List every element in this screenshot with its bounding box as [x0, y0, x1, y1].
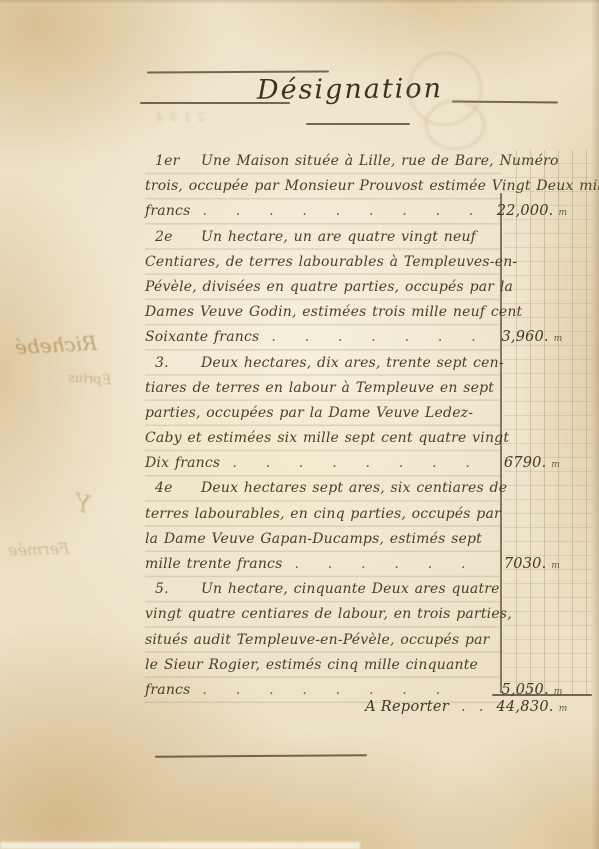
leader-dots: . . . . . . . .	[259, 325, 491, 350]
item-1-line: 1erUne Maison située à Lille, rue de Bar…	[145, 149, 573, 174]
bleedthrough-note: Éprius	[68, 371, 112, 389]
scanned-document-page: Désignation 1erUne Maison située à Lille…	[0, 0, 599, 849]
amount: 7030.m	[491, 552, 573, 579]
item-number: 5.	[155, 577, 201, 602]
ditto-mark: m	[559, 704, 568, 714]
rule-title-underline	[306, 123, 410, 125]
item-text: Soixante francs	[145, 325, 259, 350]
item-number: 3.	[155, 351, 201, 376]
item-3-line: 3.Deux hectares, dix ares, trente sept c…	[145, 351, 573, 376]
carry-forward-label: A Reporter	[365, 699, 449, 715]
item-text: parties, occupées par la Dame Veuve Lede…	[145, 405, 473, 421]
item-2-line: 2eUn hectare, un are quatre vingt neuf	[145, 225, 573, 250]
bleedthrough-scribble: 2154	[150, 110, 205, 124]
item-3-line: parties, occupées par la Dame Veuve Lede…	[145, 401, 573, 426]
ditto-mark: m	[559, 201, 568, 226]
items-block: 1erUne Maison située à Lille, rue de Bar…	[145, 149, 573, 703]
item-5-line: vingt quatre centiares de labour, en tro…	[145, 602, 573, 627]
amount-value: 3,960.	[501, 325, 548, 350]
ditto-mark: m	[551, 453, 560, 478]
leader-dots: . . . . . . . . .	[190, 199, 491, 224]
item-1-amount-row: francs. . . . . . . . .22,000.m	[145, 199, 573, 224]
item-5-line: situés audit Templeuve-en-Pévèle, occupé…	[145, 628, 573, 653]
item-2-line: Dames Veuve Godin, estimées trois mille …	[145, 300, 573, 325]
ditto-mark: m	[554, 327, 563, 352]
leader-dots: . . . . . . . .	[283, 552, 492, 577]
item-2-amount-row: Soixante francs. . . . . . . .3,960.m	[145, 325, 573, 350]
carry-forward-total: 44,830. m	[491, 699, 573, 715]
amount: 22,000.m	[491, 199, 573, 226]
bleedthrough-note: Fermée	[8, 539, 70, 560]
item-text: tiares de terres en labour à Templeuve e…	[145, 380, 494, 396]
item-text: Centiares, de terres labourables à Templ…	[145, 254, 517, 270]
leader-dots: . . . . . . . . .	[220, 451, 491, 476]
item-text: le Sieur Rogier, estimés cinq mille cinq…	[145, 657, 478, 673]
item-5-line: le Sieur Rogier, estimés cinq mille cinq…	[145, 653, 573, 678]
item-3-line: Caby et estimées six mille sept cent qua…	[145, 426, 573, 451]
amount-value: 6790.	[504, 451, 547, 476]
item-4-line: 4eDeux hectares sept ares, six centiares…	[145, 476, 573, 501]
page-title: Désignation	[140, 72, 560, 107]
scan-edge-right	[591, 0, 599, 849]
total-value: 44,830.	[496, 699, 553, 715]
amount-value: 22,000.	[497, 199, 554, 224]
carry-forward-row: A Reporter . . 44,830. m	[145, 699, 573, 715]
leader-dots: . .	[449, 699, 491, 715]
item-1-line: trois, occupée par Monsieur Prouvost est…	[145, 174, 573, 199]
item-2-line: Pévèle, divisées en quatre parties, occu…	[145, 275, 573, 300]
item-text: Deux hectares sept ares, six centiares d…	[201, 480, 507, 496]
item-text: trois, occupée par Monsieur Prouvost est…	[145, 178, 599, 194]
item-number: 4e	[155, 476, 201, 501]
rule-top	[147, 71, 329, 74]
item-5-line: 5.Un hectare, cinquante Deux ares quatre	[145, 577, 573, 602]
ditto-mark: m	[551, 554, 560, 579]
amount: 6790.m	[491, 451, 573, 478]
item-text: mille trente francs	[145, 552, 283, 577]
item-2-line: Centiares, de terres labourables à Templ…	[145, 250, 573, 275]
item-number: 2e	[155, 225, 201, 250]
item-3-amount-row: Dix francs. . . . . . . . .6790.m	[145, 451, 573, 476]
item-text: Dames Veuve Godin, estimées trois mille …	[145, 304, 522, 320]
item-text: Un hectare, un are quatre vingt neuf	[201, 229, 476, 245]
item-text: Pévèle, divisées en quatre parties, occu…	[145, 279, 513, 295]
item-text: Dix francs	[145, 451, 220, 476]
item-text: Caby et estimées six mille sept cent qua…	[145, 430, 509, 446]
item-4-line: terres labourables, en cinq parties, occ…	[145, 502, 573, 527]
bleedthrough-seal-ring	[425, 100, 485, 150]
item-text: vingt quatre centiares de labour, en tro…	[145, 606, 512, 622]
amount-value: 7030.	[504, 552, 547, 577]
scan-edge-top	[0, 0, 599, 4]
rule-bottom	[155, 754, 367, 757]
item-text: Une Maison située à Lille, rue de Bare, …	[201, 153, 559, 169]
item-text: francs	[145, 199, 190, 224]
item-text: terres labourables, en cinq parties, occ…	[145, 506, 501, 522]
item-4-amount-row: mille trente francs. . . . . . . .7030.m	[145, 552, 573, 577]
item-3-line: tiares de terres en labour à Templeuve e…	[145, 376, 573, 401]
item-number: 1er	[155, 149, 201, 174]
bleedthrough-note: Richebé	[14, 331, 97, 359]
item-4-line: la Dame Veuve Gapan-Ducamps, estimés sep…	[145, 527, 573, 552]
item-text: la Dame Veuve Gapan-Ducamps, estimés sep…	[145, 531, 482, 547]
item-text: Un hectare, cinquante Deux ares quatre	[201, 581, 500, 597]
scan-edge-bottom	[0, 842, 360, 849]
item-text: situés audit Templeuve-en-Pévèle, occupé…	[145, 632, 490, 648]
item-text: Deux hectares, dix ares, trente sept cen…	[201, 355, 504, 371]
bleedthrough-note: Y	[72, 489, 93, 520]
amount: 3,960.m	[491, 325, 573, 352]
